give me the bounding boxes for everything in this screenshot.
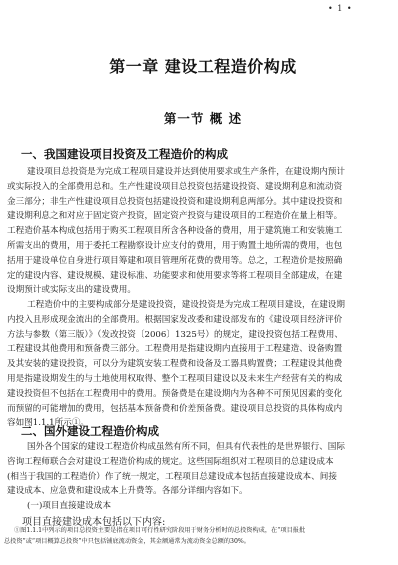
paragraph-line: 工程造价中的主要构成部分是建设投资，建设投资是为完成工程项目建设，在建设期	[7, 298, 391, 313]
paragraph-total-investment: 建设项目总投资是为完成工程项目建设并达到使用要求或生产条件，在建设期内预计 或实…	[7, 165, 391, 298]
heading-domestic-cost-composition: 一、我国建设项目投资及工程造价的构成	[21, 146, 228, 162]
paragraph-line: 建设项目总投资是为完成工程项目建设并达到使用要求或生产条件，在建设期内预计	[7, 165, 391, 180]
page-number: • 1 •	[328, 4, 353, 13]
paragraph-line: 金三部分；非生产性建设项目总投资包括建设投资和建设期利息两部分。其中建设投资和	[7, 195, 391, 210]
footnote-line: ①图1.1.1中列示的项目总投资主要是指在项目可行性研究阶段用于财务分析时的总投…	[4, 525, 394, 536]
section-title: 第一节 概 述	[0, 109, 398, 127]
paragraph-line: 咨询工程师联合会对建设工程造价构成的规定。这些国际组织对工程项目的总建设成本	[7, 455, 391, 470]
paragraph-line: 定的建设内容、建设规模、建设标准、功能要求和使用要求等将工程项目全部建成，在建	[7, 269, 391, 284]
paragraph-construction-investment: 工程造价中的主要构成部分是建设投资，建设投资是为完成工程项目建设，在建设期 内投…	[7, 298, 391, 431]
footnote: ①图1.1.1中列示的项目总投资主要是指在项目可行性研究阶段用于财务分析时的总投…	[4, 525, 394, 547]
paragraph-line: 工程建设其他费用和预备费三部分。工程费用是指建设期内直接用于工程建造、设备购置	[7, 342, 391, 357]
chapter-title: 第一章 建设工程造价构成	[0, 54, 398, 77]
paragraph-line: 建设成本、应急费和建设成本上升费等。各部分详细内容如下。	[7, 484, 391, 499]
paragraph-line: 方法与参数（第三版）》（发改投资〔2006〕1325号）的规定，建设投资包括工程…	[7, 328, 391, 343]
paragraph-line: 用是指建设期发生的与土地使用权取得、整个工程项目建设以及未来生产经营有关的构成	[7, 372, 391, 387]
subheading-direct-cost: (一)项目直接建设成本	[27, 499, 111, 511]
paragraph-line: 或实际投入的全部费用总和。生产性建设项目总投资包括建设投资、建设期利息和流动资	[7, 180, 391, 195]
paragraph-line: 国外各个国家的建设工程造价构成虽然有所不同，但具有代表性的是世界银行、国际	[7, 440, 391, 455]
paragraph-line: 内投入且形成现金流出的全部费用。根据国家发改委和建设部发布的《建设项目经济评价	[7, 313, 391, 328]
book-page: • 1 • 第一章 建设工程造价构成 第一节 概 述 一、我国建设项目投资及工程…	[0, 0, 398, 565]
paragraph-line: 建设期利息之和对应于固定资产投资，固定资产投资与建设项目的工程造价在量上相等。	[7, 209, 391, 224]
paragraph-line: 括用于建设单位自身进行项目筹建和项目管理所花费的费用等。总之，工程造价是按照确	[7, 254, 391, 269]
paragraph-line: 设期预计或实际支出的建设费用。	[7, 283, 391, 298]
paragraph-line: 及其安装的建设投资，可以分为建筑安装工程费和设备及工器具购置费；工程建设其他费	[7, 357, 391, 372]
paragraph-line: 建设投资但不包括在工程费用中的费用。预备费是在建设期内为各种不可预见因素的变化	[7, 387, 391, 402]
footnote-line: 总投资”或“项目概算总投资”中只包括铺底流动资金，其金额通常为流动资金总额的30…	[4, 536, 394, 547]
paragraph-line: (相当于我国的工程造价）作了统一规定，工程项目总建设成本包括直接建设成本、间接	[7, 470, 391, 485]
heading-foreign-cost-composition: 二、国外建设工程造价构成	[21, 423, 159, 439]
paragraph-line: 而预留的可能增加的费用，包括基本预备费和价差预备费。建设项目总投资的具体构成内	[7, 402, 391, 417]
paragraph-line: 工程造价基本构成包括用于购买工程项目所含各种设备的费用，用于建筑施工和安装施工	[7, 224, 391, 239]
paragraph-foreign-composition: 国外各个国家的建设工程造价构成虽然有所不同，但具有代表性的是世界银行、国际 咨询…	[7, 440, 391, 499]
paragraph-line: 所需支出的费用，用于委托工程勘察设计应支付的费用，用于购置土地所需的费用，也包	[7, 239, 391, 254]
